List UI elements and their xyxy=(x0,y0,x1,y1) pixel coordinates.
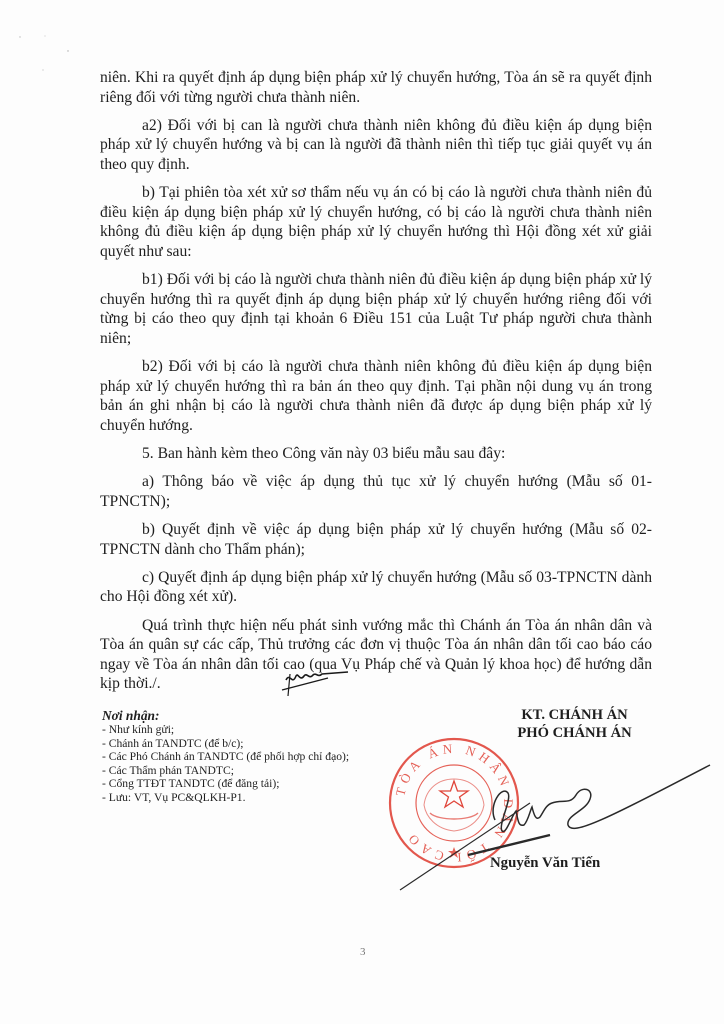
paragraph: niên. Khi ra quyết định áp dụng biện phá… xyxy=(100,68,652,107)
handwritten-signature xyxy=(380,745,720,895)
recipient-item: - Cổng TTĐT TANDTC (để đăng tải); xyxy=(102,777,402,791)
signature-line-1: KT. CHÁNH ÁN xyxy=(482,707,667,725)
document-body: niên. Khi ra quyết định áp dụng biện phá… xyxy=(100,68,652,703)
paragraph: b) Quyết định về việc áp dụng biện pháp … xyxy=(100,520,652,559)
scan-specks xyxy=(0,0,80,80)
recipient-item: - Các Thẩm phán TANDTC; xyxy=(102,764,402,778)
initials-mark xyxy=(280,666,350,696)
paragraph: b2) Đối với bị cáo là người chưa thành n… xyxy=(100,357,652,435)
paragraph: b1) Đối với bị cáo là người chưa thành n… xyxy=(100,270,652,348)
recipient-item: - Như kính gửi; xyxy=(102,723,402,737)
paragraph: 5. Ban hành kèm theo Công văn này 03 biể… xyxy=(100,444,652,464)
recipient-item: - Chánh án TANDTC (để b/c); xyxy=(102,737,402,751)
recipients-block: Nơi nhận: - Như kính gửi; - Chánh án TAN… xyxy=(102,708,402,805)
signer-name: Nguyễn Văn Tiến xyxy=(490,855,600,872)
page-number: 3 xyxy=(360,946,366,958)
paragraph: b) Tại phiên tòa xét xử sơ thẩm nếu vụ á… xyxy=(100,183,652,261)
recipient-item: - Lưu: VT, Vụ PC&QLKH-P1. xyxy=(102,791,402,805)
paragraph: c) Quyết định áp dụng biện pháp xử lý ch… xyxy=(100,568,652,607)
paragraph: Quá trình thực hiện nếu phát sinh vướng … xyxy=(100,616,652,694)
paragraph: a) Thông báo về việc áp dụng thủ tục xử … xyxy=(100,472,652,511)
document-page: niên. Khi ra quyết định áp dụng biện phá… xyxy=(0,0,724,1024)
recipient-item: - Các Phó Chánh án TANDTC (để phối hợp c… xyxy=(102,750,402,764)
paragraph: a2) Đối với bị can là người chưa thành n… xyxy=(100,116,652,175)
recipients-title: Nơi nhận: xyxy=(102,708,402,723)
